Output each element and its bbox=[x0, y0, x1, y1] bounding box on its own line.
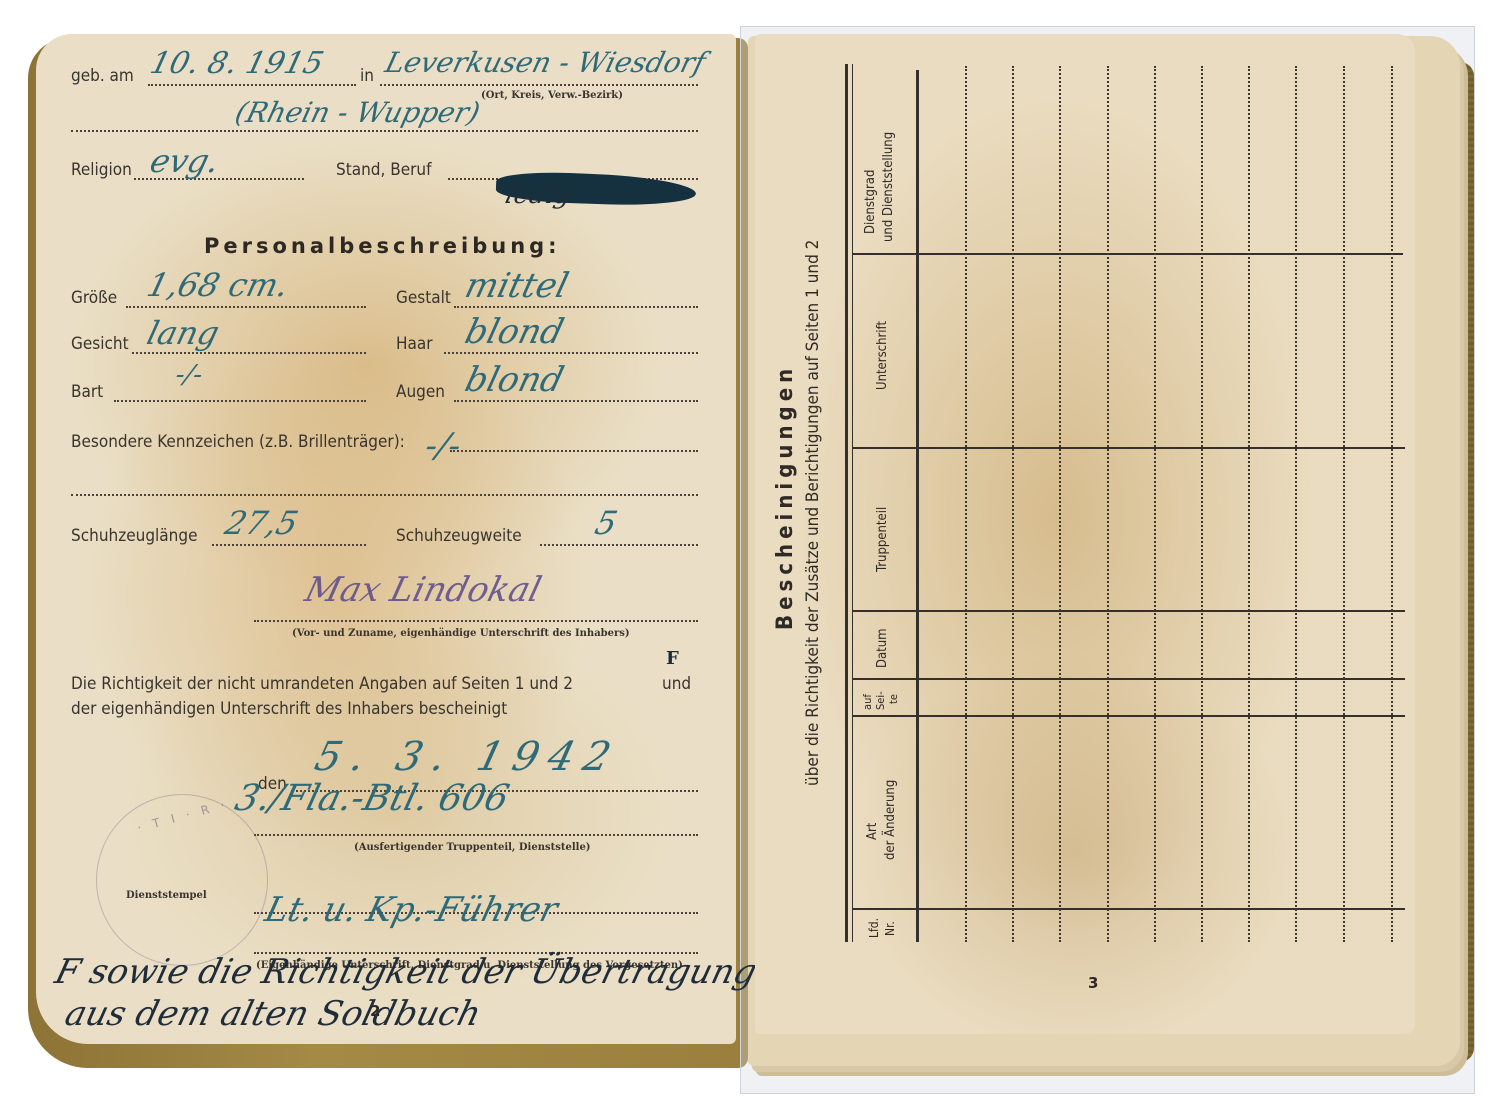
col-header-art: Art bbox=[865, 823, 880, 840]
hair-value: blond bbox=[461, 312, 568, 352]
col-header-lfd: Lfd. bbox=[867, 918, 881, 938]
born-on-line bbox=[148, 84, 356, 86]
occupation-value: ledig bbox=[502, 180, 575, 210]
born-on-label: geb. am bbox=[71, 66, 134, 86]
entry-row-line bbox=[965, 66, 967, 942]
table-inner-border bbox=[852, 64, 853, 942]
shoe-width-value: 5 bbox=[591, 504, 621, 542]
place-line-2 bbox=[71, 130, 698, 132]
col-header-auf-seite-line3: te bbox=[887, 694, 900, 704]
entry-row-line bbox=[1295, 66, 1297, 942]
special-marks-line bbox=[450, 450, 698, 452]
col-divider-datum-seite bbox=[853, 678, 1405, 680]
table-outer-border bbox=[845, 64, 848, 942]
col-divider-unterschrift-truppenteil bbox=[853, 447, 1405, 449]
height-label: Größe bbox=[71, 288, 117, 308]
table-header-separator bbox=[916, 70, 919, 942]
born-in-line bbox=[380, 84, 698, 86]
certifications-subtitle: über die Richtigkeit der Zusätze und Ber… bbox=[803, 240, 823, 786]
page-2: geb. am 10. 8. 1915 in Leverkusen - Wies… bbox=[36, 34, 736, 1044]
religion-label: Religion bbox=[71, 160, 132, 180]
col-header-unterschrift: Unterschrift bbox=[875, 321, 890, 390]
certifications-title: Bescheinigungen bbox=[773, 364, 798, 630]
born-in-value: Leverkusen - Wiesdorf bbox=[382, 46, 709, 79]
build-value: mittel bbox=[461, 266, 572, 306]
entry-row-line bbox=[1107, 66, 1109, 942]
born-in-value-line2: (Rhein - Wupper) bbox=[232, 96, 483, 129]
born-in-label: in bbox=[360, 66, 374, 86]
col-header-datum: Datum bbox=[875, 628, 890, 668]
hair-line bbox=[444, 352, 698, 354]
officer-rank-value: Lt. u. Kp.-Führer bbox=[261, 890, 562, 930]
page-3: Bescheinigungen über die Richtigkeit der… bbox=[755, 34, 1415, 1034]
special-marks-value: -/- bbox=[421, 426, 465, 466]
entry-row-line bbox=[1391, 66, 1393, 942]
issuing-unit-caption: (Ausfertigender Truppenteil, Dienststell… bbox=[354, 842, 591, 853]
eyes-label: Augen bbox=[396, 382, 445, 402]
entry-row-line bbox=[1012, 66, 1014, 942]
personal-description-title: Personalbeschreibung: bbox=[204, 234, 561, 258]
religion-value: evg. bbox=[146, 142, 223, 180]
eyes-value: blond bbox=[461, 360, 568, 400]
holder-signature: Max Lindokal bbox=[301, 570, 545, 610]
hair-label: Haar bbox=[396, 334, 433, 354]
certification-text-line1: Die Richtigkeit der nicht umrandeten Ang… bbox=[71, 674, 573, 694]
entry-row-line bbox=[1154, 66, 1156, 942]
shoe-length-line bbox=[212, 544, 366, 546]
entry-row-line bbox=[1059, 66, 1061, 942]
shoe-width-line bbox=[540, 544, 698, 546]
place-caption: (Ort, Kreis, Verw.-Bezirk) bbox=[481, 90, 623, 101]
shoe-length-label: Schuhzeuglänge bbox=[71, 526, 198, 546]
service-stamp-label: Dienststempel bbox=[126, 890, 207, 901]
page-number-3: 3 bbox=[1088, 974, 1098, 992]
issuing-unit-line bbox=[254, 834, 698, 836]
eyes-line bbox=[454, 400, 698, 402]
col-divider-seite-art bbox=[853, 715, 1405, 717]
beard-label: Bart bbox=[71, 382, 103, 402]
holder-signature-caption: (Vor- und Zuname, eigenhändige Unterschr… bbox=[292, 628, 630, 639]
certification-text-line2: der eigenhändigen Unterschrift des Inhab… bbox=[71, 699, 507, 719]
footnote-mark: F bbox=[666, 648, 679, 669]
special-marks-label: Besondere Kennzeichen (z.B. Brillenträge… bbox=[71, 432, 405, 452]
issuing-unit-value: 3./Fla.-Btl. 606 bbox=[231, 778, 513, 819]
shoe-width-label: Schuhzeugweite bbox=[396, 526, 522, 546]
entry-row-line bbox=[1248, 66, 1250, 942]
special-marks-line-2 bbox=[71, 494, 698, 496]
shoe-length-value: 27,5 bbox=[221, 504, 302, 542]
col-header-nr: Nr. bbox=[883, 921, 897, 936]
face-label: Gesicht bbox=[71, 334, 129, 354]
transfer-annotation-line1: F sowie die Richtigkeit der Übertragung bbox=[51, 952, 761, 992]
face-line bbox=[132, 352, 366, 354]
col-header-art-line2: der Änderung bbox=[883, 780, 898, 860]
col-header-dienstgrad: Dienstgrad bbox=[863, 170, 878, 234]
col-divider-dienstgrad-unterschrift bbox=[853, 253, 1403, 255]
height-value: 1,68 cm. bbox=[143, 266, 292, 304]
beard-value: -/- bbox=[172, 360, 206, 390]
born-on-value: 10. 8. 1915 bbox=[147, 46, 327, 81]
holder-signature-line bbox=[254, 620, 698, 622]
col-header-auf-seite: auf bbox=[861, 694, 874, 710]
occupation-label: Stand, Beruf bbox=[336, 160, 431, 180]
face-value: lang bbox=[143, 314, 223, 352]
certification-text-line1-end: und bbox=[662, 674, 691, 694]
entry-row-line bbox=[1201, 66, 1203, 942]
col-divider-art-lfd bbox=[853, 908, 1405, 910]
certification-date-value: 5. 3. 1942 bbox=[310, 734, 625, 780]
col-divider-truppenteil-datum bbox=[853, 610, 1405, 612]
beard-line bbox=[114, 400, 366, 402]
col-header-auf-seite-line2: Sei- bbox=[874, 691, 887, 710]
build-line bbox=[454, 306, 698, 308]
build-label: Gestalt bbox=[396, 288, 451, 308]
col-header-dienstgrad-line2: und Dienststellung bbox=[881, 132, 896, 242]
entry-row-line bbox=[1343, 66, 1345, 942]
transfer-annotation-line2: aus dem alten Soldbuch bbox=[61, 994, 485, 1034]
height-line bbox=[126, 306, 366, 308]
col-header-truppenteil: Truppenteil bbox=[875, 507, 890, 572]
page-number-2: 2 bbox=[370, 1002, 380, 1020]
